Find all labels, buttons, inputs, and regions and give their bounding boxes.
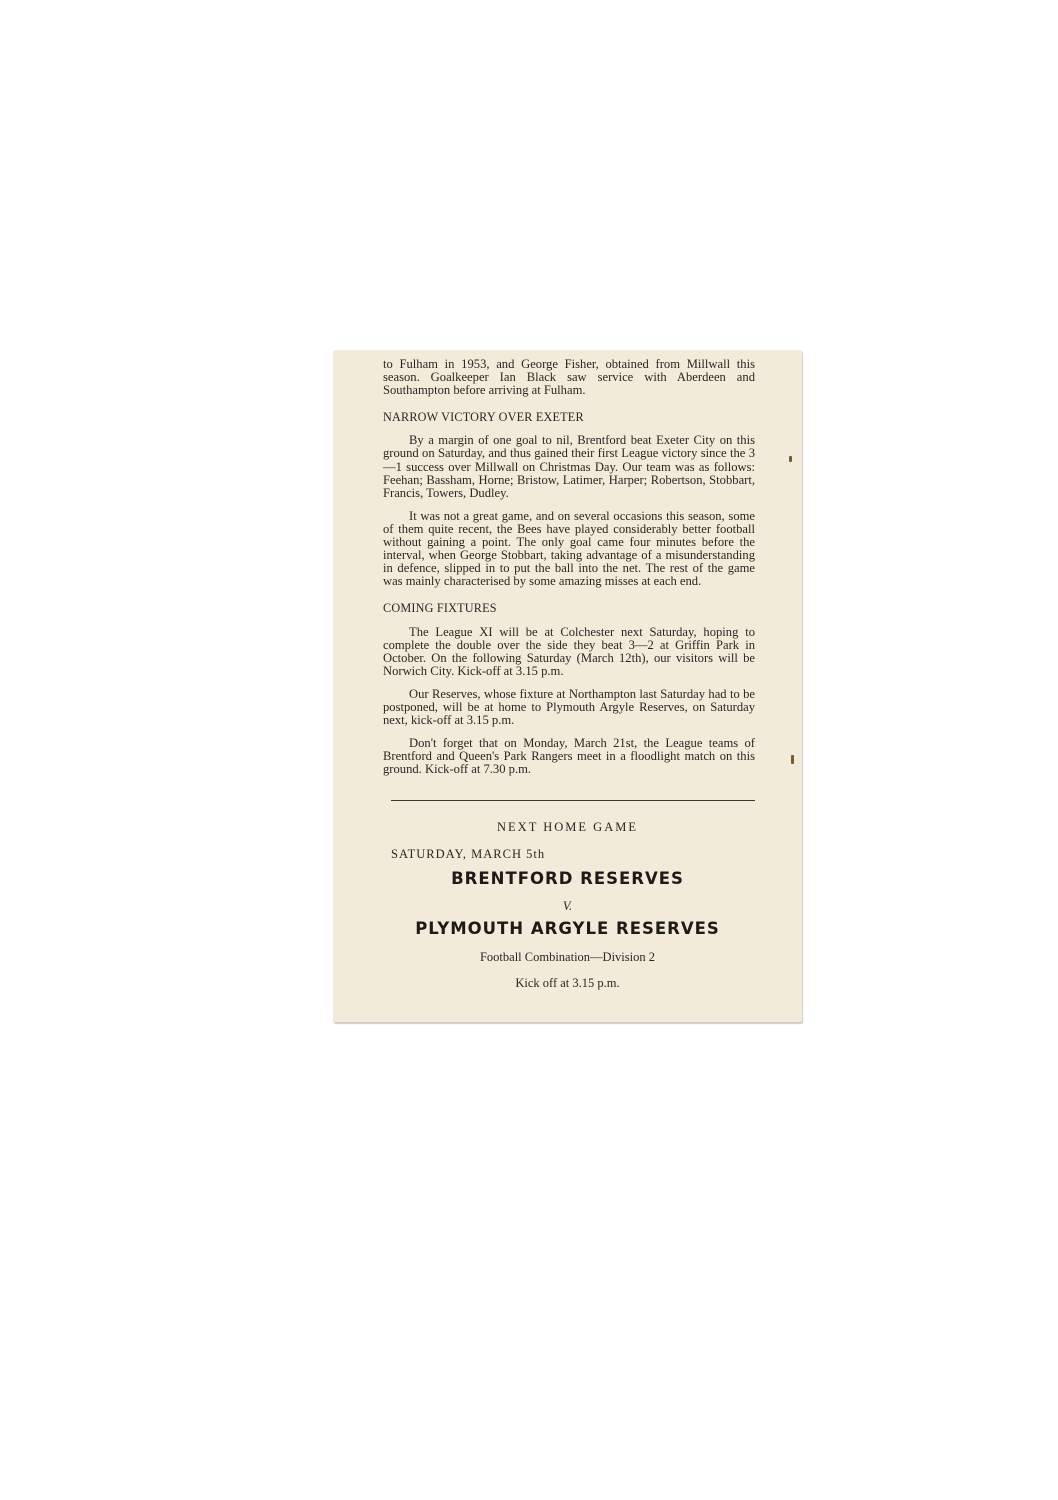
next-home-game-title: NEXT HOME GAME [333,820,802,835]
paper-stain [791,755,794,764]
section-heading-exeter: NARROW VICTORY OVER EXETER [383,411,755,424]
home-team: BRENTFORD RESERVES [333,869,802,888]
programme-page: to Fulham in 1953, and George Fisher, ob… [333,350,802,1022]
paragraph-exeter-result: By a margin of one goal to nil, Brentfor… [383,434,755,499]
paragraph-floodlight-match: Don't forget that on Monday, March 21st,… [383,737,755,776]
article-body: to Fulham in 1953, and George Fisher, ob… [383,358,755,776]
section-heading-fixtures: COMING FIXTURES [383,602,755,615]
paragraph-league-fixtures: The League XI will be at Colchester next… [383,626,755,678]
versus-label: V. [333,899,802,914]
paper-stain [789,456,792,462]
kick-off-time: Kick off at 3.15 p.m. [333,976,802,991]
intro-paragraph: to Fulham in 1953, and George Fisher, ob… [383,358,755,397]
away-team: PLYMOUTH ARGYLE RESERVES [333,919,802,938]
paragraph-exeter-report: It was not a great game, and on several … [383,510,755,589]
next-game-date: SATURDAY, MARCH 5th [391,847,545,862]
competition-label: Football Combination—Division 2 [333,950,802,965]
paragraph-reserves-fixture: Our Reserves, whose fixture at Northampt… [383,688,755,727]
section-divider [391,800,755,801]
